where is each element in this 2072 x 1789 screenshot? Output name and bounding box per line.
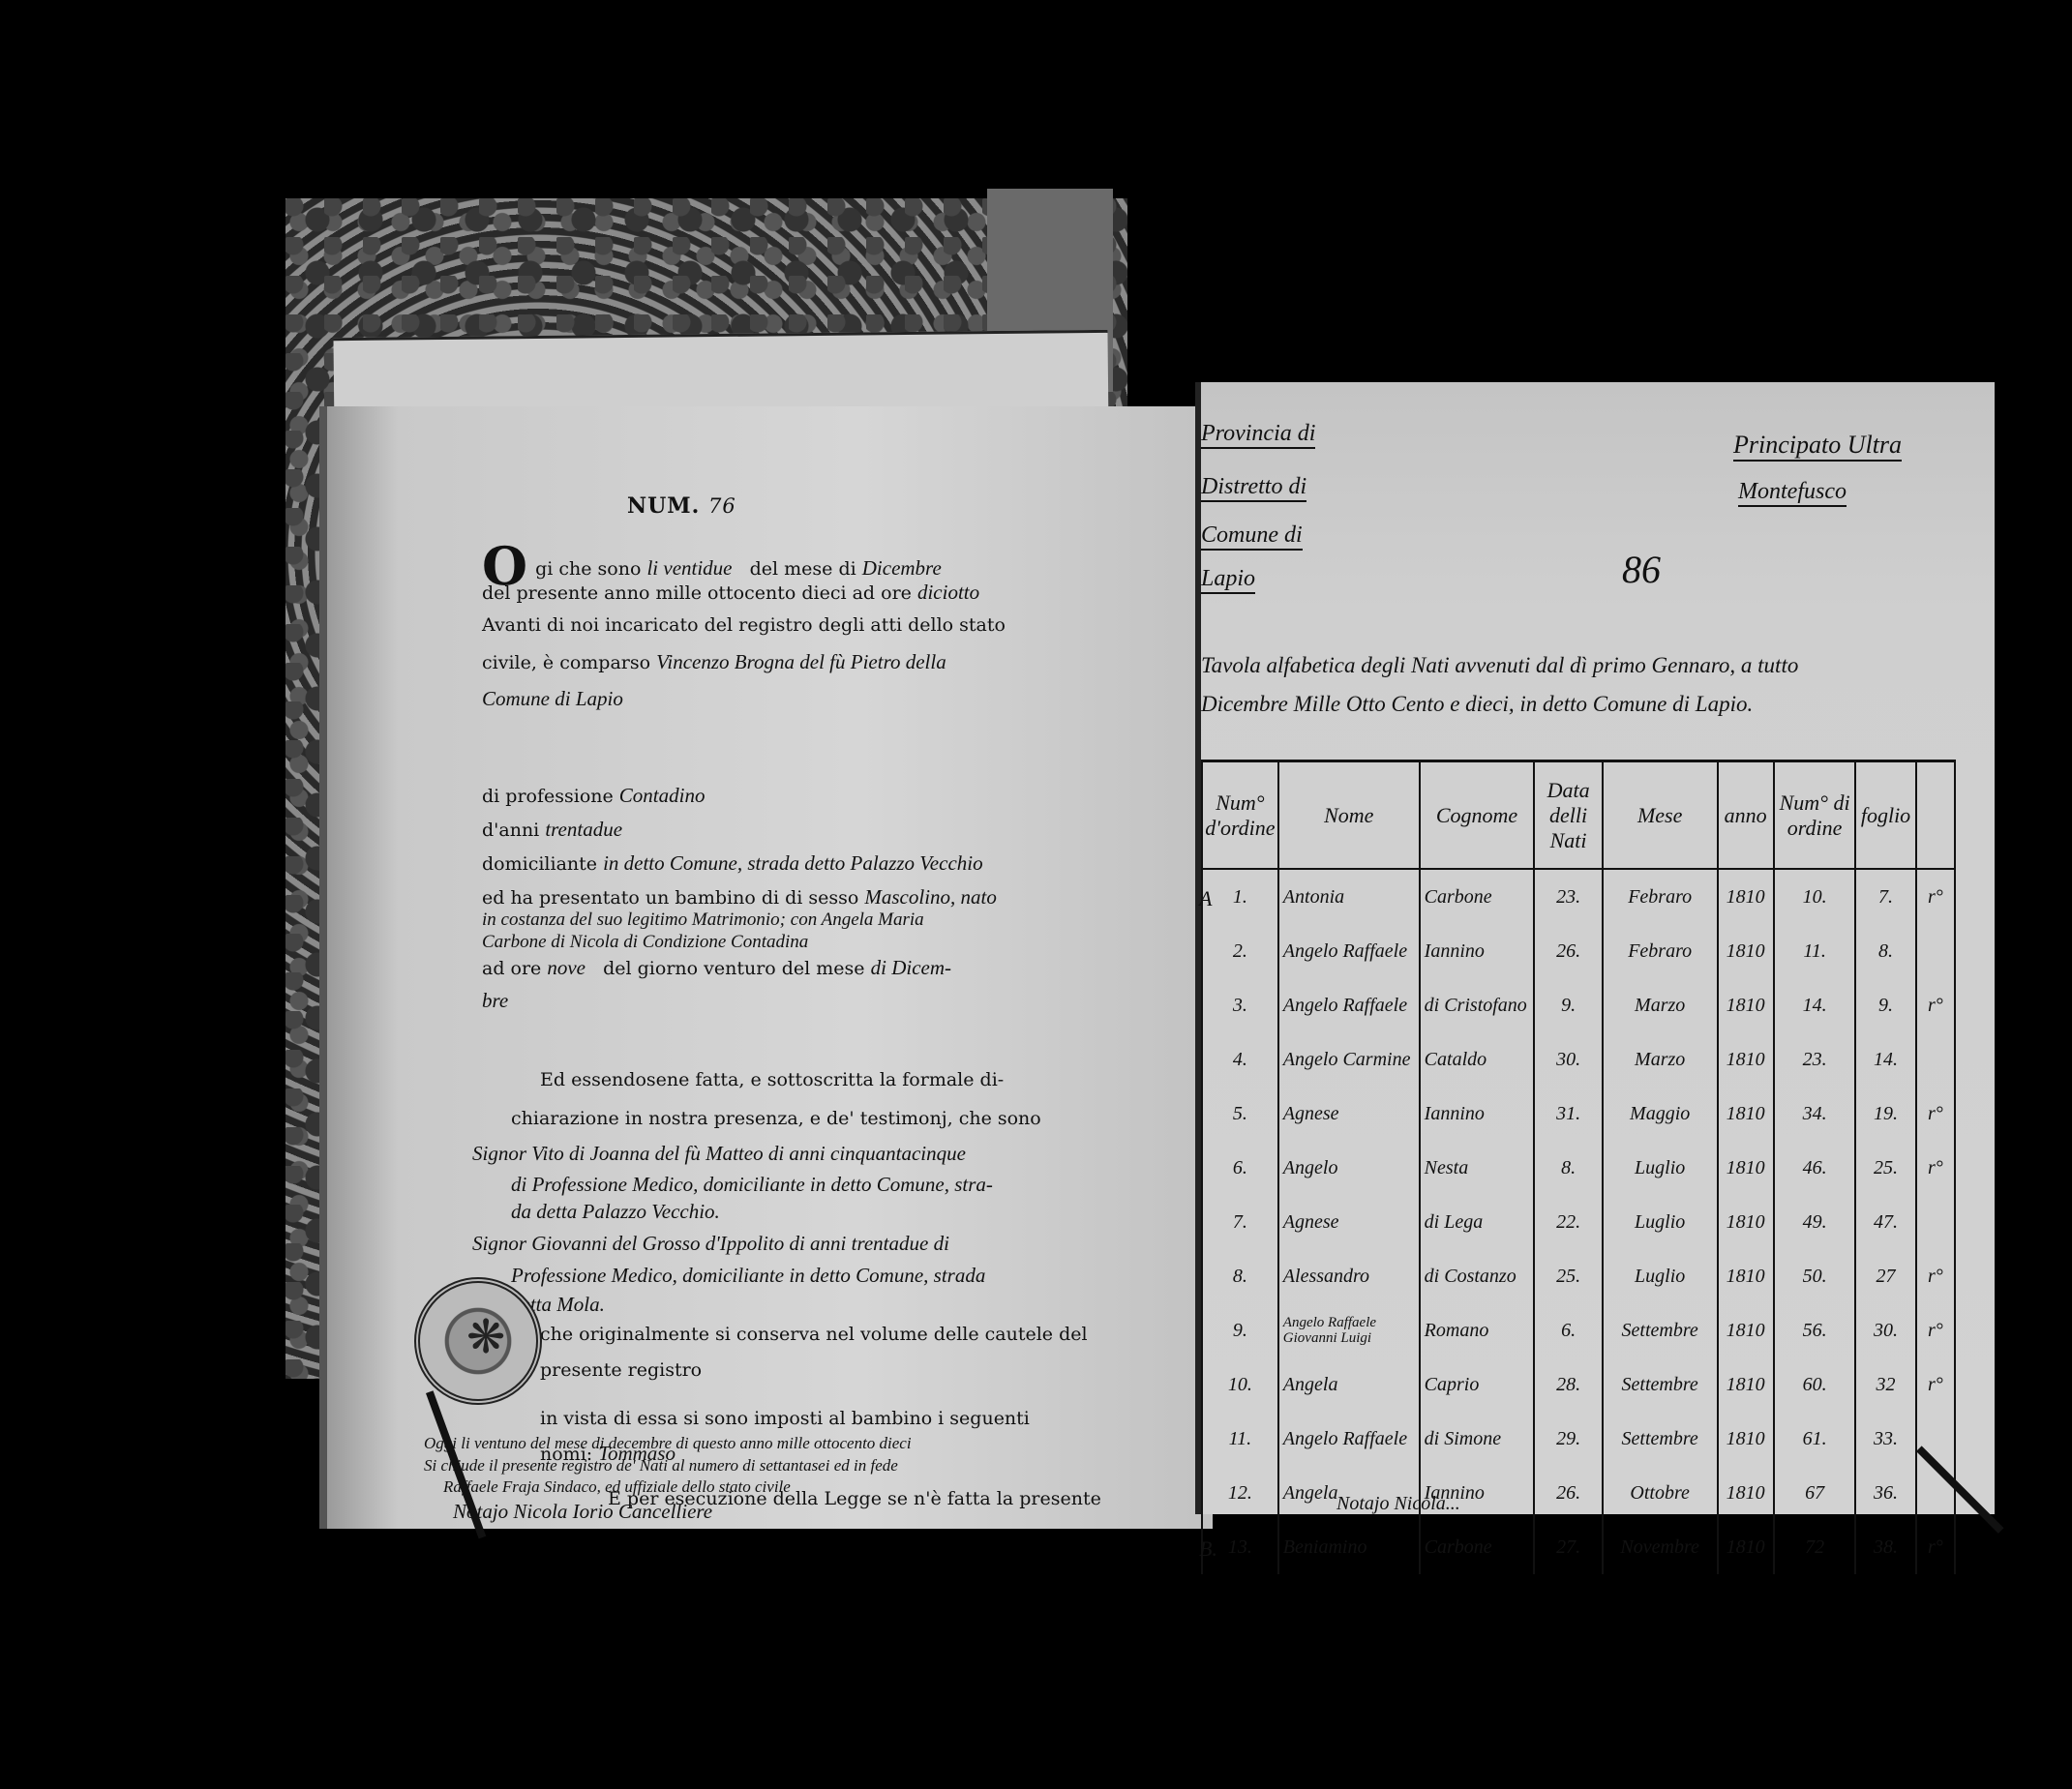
- record-number: NUM. 76: [627, 493, 736, 519]
- row-mese: Marzo: [1603, 1032, 1718, 1087]
- row-foglio: 7.: [1855, 869, 1915, 924]
- record-line-2: del presente anno mille ottocento dieci …: [482, 581, 979, 605]
- row-foglio: 33.: [1855, 1412, 1915, 1466]
- row-nome: Angela: [1278, 1357, 1420, 1412]
- row-anno: 1810: [1718, 1249, 1774, 1303]
- row-side: r°: [1916, 869, 1955, 924]
- printed-text: gi che sono: [535, 558, 641, 580]
- closing-note-1: Oggi li ventuno del mese di decembre di …: [424, 1434, 912, 1453]
- printed-text: in vista di essa si sono imposti al bamb…: [540, 1408, 1030, 1429]
- row-ordine: 11.: [1774, 924, 1856, 978]
- row-num: 13.B.: [1202, 1520, 1278, 1574]
- row-num: 3.: [1202, 978, 1278, 1032]
- row-data: 26.: [1534, 924, 1602, 978]
- record-line-register: presente registro: [540, 1359, 702, 1381]
- row-num: 4.: [1202, 1032, 1278, 1087]
- row-anno: 1810: [1718, 1412, 1774, 1466]
- row-side: r°: [1916, 1357, 1955, 1412]
- handwritten-closing: Si chiude il presente registro de' Nati …: [424, 1456, 898, 1475]
- row-foglio: 38.: [1855, 1520, 1915, 1574]
- row-data: 6.: [1534, 1303, 1602, 1357]
- printed-text: domiciliante: [482, 853, 597, 875]
- record-line-5: Comune di Lapio: [482, 687, 623, 711]
- table-row: 4.Angelo CarmineCataldo30.Marzo181023.14…: [1202, 1032, 1955, 1087]
- closing-note-3: Raffaele Fraja Sindaco, ed uffiziale del…: [443, 1477, 791, 1497]
- handwritten-declarant: Vincenzo Brogna del fù Pietro della: [656, 650, 946, 673]
- handwritten-day: li ventidue: [646, 556, 732, 580]
- row-num: 11.: [1202, 1412, 1278, 1466]
- witness-1-line-2: di Professione Medico, domiciliante in d…: [511, 1173, 993, 1197]
- row-ordine: 72: [1774, 1520, 1856, 1574]
- row-nome: Angelo Raffaele: [1278, 978, 1420, 1032]
- row-cognome: Iannino: [1420, 924, 1535, 978]
- notary-footer: Notajo Nicola...: [1336, 1493, 1460, 1515]
- handwritten-hour: nove: [547, 956, 586, 979]
- row-anno: 1810: [1718, 1195, 1774, 1249]
- row-anno: 1810: [1718, 1520, 1774, 1574]
- row-data: 22.: [1534, 1195, 1602, 1249]
- closing-note-4: Notajo Nicola Iorio Cancelliere: [453, 1500, 712, 1524]
- row-data: 28.: [1534, 1357, 1602, 1412]
- row-nome: Angelo Raffaele Giovanni Luigi: [1278, 1303, 1420, 1357]
- row-side: r°: [1916, 1249, 1955, 1303]
- row-nome: Angelo Carmine: [1278, 1032, 1420, 1087]
- table-row: 12.AngelaIannino26.Ottobre18106736.: [1202, 1466, 1955, 1520]
- row-ordine: 10.: [1774, 869, 1856, 924]
- row-cognome: Romano: [1420, 1303, 1535, 1357]
- row-foglio: 14.: [1855, 1032, 1915, 1087]
- col-header-cognome: Cognome: [1420, 761, 1535, 870]
- record-line-birth-hour: ad ore nove del giorno venturo del mese …: [482, 956, 951, 980]
- handwritten-signature: Notajo Nicola Iorio Cancelliere: [453, 1500, 712, 1523]
- col-header-ordine: Num° di ordine: [1774, 761, 1856, 870]
- row-side: r°: [1916, 1141, 1955, 1195]
- row-cognome: di Lega: [1420, 1195, 1535, 1249]
- col-header-nome: Nome: [1278, 761, 1420, 870]
- handwritten-closing: Oggi li ventuno del mese di decembre di …: [424, 1434, 912, 1452]
- row-num: 9.: [1202, 1303, 1278, 1357]
- printed-text: Ed essendosene fatta, e sottoscritta la …: [540, 1069, 1004, 1090]
- col-header-anno: anno: [1718, 761, 1774, 870]
- row-foglio: 36.: [1855, 1466, 1915, 1520]
- row-ordine: 14.: [1774, 978, 1856, 1032]
- row-ordine: 49.: [1774, 1195, 1856, 1249]
- row-mese: Luglio: [1603, 1195, 1718, 1249]
- row-side: r°: [1916, 1087, 1955, 1141]
- eagle-seal-icon: ❋: [466, 1310, 505, 1364]
- printed-text: civile, è comparso: [482, 652, 650, 673]
- row-cognome: Iannino: [1420, 1087, 1535, 1141]
- row-mese: Settembre: [1603, 1357, 1718, 1412]
- row-cognome: di Cristofano: [1420, 978, 1535, 1032]
- row-foglio: 30.: [1855, 1303, 1915, 1357]
- row-data: 9.: [1534, 978, 1602, 1032]
- handwritten-witness: di Professione Medico, domiciliante in d…: [511, 1173, 993, 1196]
- row-ordine: 46.: [1774, 1141, 1856, 1195]
- row-ordine: 61.: [1774, 1412, 1856, 1466]
- row-foglio: 27: [1855, 1249, 1915, 1303]
- table-row: 2.Angelo RaffaeleIannino26.Febraro181011…: [1202, 924, 1955, 978]
- handwritten-month: Dicembre: [862, 556, 942, 580]
- table-row: 5.AgneseIannino31.Maggio181034.19.r°: [1202, 1087, 1955, 1141]
- handwritten-witness: da detta Palazzo Vecchio.: [511, 1200, 720, 1223]
- alphabet-section-letter: A: [1199, 886, 1212, 911]
- row-foglio: 19.: [1855, 1087, 1915, 1141]
- row-foglio: 9.: [1855, 978, 1915, 1032]
- row-nome: Beniamino: [1278, 1520, 1420, 1574]
- witness-2-line-1: Signor Giovanni del Grosso d'Ippolito di…: [472, 1232, 949, 1256]
- record-line-mother: Carbone di Nicola di Condizione Contadin…: [482, 931, 808, 953]
- handwritten-witness: Signor Giovanni del Grosso d'Ippolito di…: [472, 1232, 949, 1255]
- record-line-3: Avanti di noi incaricato del registro de…: [482, 614, 1006, 636]
- handwritten-month: di Dicem-: [871, 956, 951, 979]
- handwritten-domicile: in detto Comune, strada detto Palazzo Ve…: [603, 851, 983, 875]
- row-foglio: 25.: [1855, 1141, 1915, 1195]
- table-row: 8.Alessandrodi Costanzo25.Luglio181050.2…: [1202, 1249, 1955, 1303]
- row-ordine: 23.: [1774, 1032, 1856, 1087]
- row-mese: Settembre: [1603, 1303, 1718, 1357]
- row-anno: 1810: [1718, 1303, 1774, 1357]
- row-side: r°: [1916, 1520, 1955, 1574]
- row-data: 29.: [1534, 1412, 1602, 1466]
- handwritten-marriage: in costanza del suo legitimo Matrimonio;…: [482, 909, 924, 930]
- handwritten-witness: Professione Medico, domiciliante in dett…: [511, 1264, 985, 1287]
- witness-2-line-2: Professione Medico, domiciliante in dett…: [511, 1264, 985, 1288]
- handwritten-hour: diciotto: [917, 581, 979, 604]
- row-side: r°: [1916, 978, 1955, 1032]
- row-anno: 1810: [1718, 1357, 1774, 1412]
- row-data: 27.: [1534, 1520, 1602, 1574]
- row-anno: 1810: [1718, 869, 1774, 924]
- row-num: 6.: [1202, 1141, 1278, 1195]
- row-cognome: Cataldo: [1420, 1032, 1535, 1087]
- handwritten-witness: Signor Vito di Joanna del fù Matteo di a…: [472, 1142, 966, 1165]
- row-data: 23.: [1534, 869, 1602, 924]
- row-mese: Ottobre: [1603, 1466, 1718, 1520]
- record-line-names: in vista di essa si sono imposti al bamb…: [540, 1408, 1030, 1429]
- row-anno: 1810: [1718, 924, 1774, 978]
- printed-text: che originalmente si conserva nel volume…: [540, 1324, 1088, 1345]
- record-line-marriage: in costanza del suo legitimo Matrimonio;…: [482, 909, 924, 931]
- table-row: 11.Angelo Raffaeledi Simone29.Settembre1…: [1202, 1412, 1955, 1466]
- record-line-age: d'anni trentadue: [482, 818, 622, 842]
- births-index-table: Num° d'ordine Nome Cognome Data delli Na…: [1201, 760, 1956, 1574]
- closing-note-2: Si chiude il presente registro de' Nati …: [424, 1456, 898, 1476]
- record-line-month-end: bre: [482, 989, 508, 1013]
- left-page-birth-record: NUM. 76 O gi che sono li ventidue del me…: [319, 406, 1213, 1529]
- provincia-value: Principato Ultra: [1733, 431, 1902, 462]
- row-ordine: 56.: [1774, 1303, 1856, 1357]
- record-number-value: 76: [708, 494, 736, 518]
- alphabet-section-letter: B.: [1199, 1536, 1217, 1562]
- record-line-profession: di professione Contadino: [482, 784, 705, 808]
- row-num: 10.: [1202, 1357, 1278, 1412]
- record-line-child: ed ha presentato un bambino di di sesso …: [482, 885, 997, 909]
- row-nome: Agnese: [1278, 1087, 1420, 1141]
- row-foglio: 47.: [1855, 1195, 1915, 1249]
- comune-value: Lapio: [1201, 566, 1255, 594]
- printed-text: del presente anno mille ottocento dieci …: [482, 582, 912, 604]
- row-nome: Alessandro: [1278, 1249, 1420, 1303]
- record-line-4: civile, è comparso Vincenzo Brogna del f…: [482, 650, 946, 674]
- handwritten-sex: Mascolino, nato: [864, 885, 997, 909]
- record-line-declaration-2: chiarazione in nostra presenza, e de' te…: [511, 1108, 1041, 1129]
- printed-text: ed ha presentato un bambino di di sesso: [482, 887, 858, 909]
- row-cognome: Caprio: [1420, 1357, 1535, 1412]
- printed-text: del giorno venturo del mese: [603, 958, 864, 979]
- record-line-original: che originalmente si conserva nel volume…: [540, 1324, 1088, 1345]
- row-ordine: 67: [1774, 1466, 1856, 1520]
- row-data: 30.: [1534, 1032, 1602, 1087]
- row-anno: 1810: [1718, 1466, 1774, 1520]
- table-row: 1.AAntoniaCarbone23.Febraro181010.7.r°: [1202, 869, 1955, 924]
- handwritten-profession: Contadino: [619, 784, 706, 807]
- row-nome: Angelo: [1278, 1141, 1420, 1195]
- record-line-domicile: domiciliante in detto Comune, strada det…: [482, 851, 983, 876]
- row-mese: Febraro: [1603, 924, 1718, 978]
- row-data: 8.: [1534, 1141, 1602, 1195]
- row-side: [1916, 1032, 1955, 1087]
- table-header-row: Num° d'ordine Nome Cognome Data delli Na…: [1202, 761, 1955, 870]
- printed-text: di professione: [482, 786, 614, 807]
- row-foglio: 32: [1855, 1357, 1915, 1412]
- official-seal: ❋: [414, 1277, 542, 1405]
- right-page-index-table: Provincia di Principato Ultra Distretto …: [1195, 382, 1995, 1514]
- table-row: 3.Angelo Raffaeledi Cristofano9.Marzo181…: [1202, 978, 1955, 1032]
- handwritten-comune: Comune di Lapio: [482, 687, 623, 710]
- row-anno: 1810: [1718, 1032, 1774, 1087]
- row-cognome: Carbone: [1420, 869, 1535, 924]
- row-num: 5.: [1202, 1087, 1278, 1141]
- record-number-label: NUM.: [627, 493, 700, 519]
- comune-label: Comune di: [1201, 522, 1303, 551]
- col-header-data: Data delli Nati: [1534, 761, 1602, 870]
- col-header-num: Num° d'ordine: [1202, 761, 1278, 870]
- handwritten-age: trentadue: [545, 818, 622, 841]
- printed-text: del mese di: [750, 558, 856, 580]
- table-row: 7.Agnesedi Lega22.Luglio181049.47.: [1202, 1195, 1955, 1249]
- row-data: 26.: [1534, 1466, 1602, 1520]
- row-nome: Antonia: [1278, 869, 1420, 924]
- row-side: [1916, 924, 1955, 978]
- handwritten-closing: Raffaele Fraja Sindaco, ed uffiziale del…: [443, 1477, 791, 1496]
- printed-text: chiarazione in nostra presenza, e de' te…: [511, 1108, 1041, 1129]
- row-num: 8.: [1202, 1249, 1278, 1303]
- row-nome: Angelo Raffaele: [1278, 924, 1420, 978]
- row-anno: 1810: [1718, 1087, 1774, 1141]
- table-title-line-2: Dicembre Mille Otto Cento e dieci, in de…: [1201, 692, 1753, 717]
- row-num: 7.: [1202, 1195, 1278, 1249]
- row-mese: Luglio: [1603, 1141, 1718, 1195]
- row-mese: Luglio: [1603, 1249, 1718, 1303]
- printed-text: presente registro: [540, 1359, 702, 1381]
- page-number: 86: [1622, 547, 1661, 592]
- table-title-line-1: Tavola alfabetica degli Nati avvenuti da…: [1201, 653, 1798, 678]
- row-cognome: Nesta: [1420, 1141, 1535, 1195]
- table-row: 9.Angelo Raffaele Giovanni LuigiRomano6.…: [1202, 1303, 1955, 1357]
- distretto-label: Distretto di: [1201, 474, 1306, 502]
- row-ordine: 60.: [1774, 1357, 1856, 1412]
- left-page-content: NUM. 76 O gi che sono li ventidue del me…: [385, 426, 1193, 1500]
- row-mese: Maggio: [1603, 1087, 1718, 1141]
- handwritten-text: bre: [482, 989, 508, 1012]
- row-ordine: 34.: [1774, 1087, 1856, 1141]
- col-header-foglio: foglio: [1855, 761, 1915, 870]
- row-nome: Angelo Raffaele: [1278, 1412, 1420, 1466]
- row-anno: 1810: [1718, 1141, 1774, 1195]
- row-side: r°: [1916, 1303, 1955, 1357]
- printed-text: d'anni: [482, 820, 539, 841]
- row-side: [1916, 1195, 1955, 1249]
- col-header-mese: Mese: [1603, 761, 1718, 870]
- table-row: 6.AngeloNesta8.Luglio181046.25.r°: [1202, 1141, 1955, 1195]
- col-header-side: [1916, 761, 1955, 870]
- printed-text: ad ore: [482, 958, 541, 979]
- row-num: 12.: [1202, 1466, 1278, 1520]
- handwritten-mother: Carbone di Nicola di Condizione Contadin…: [482, 932, 808, 952]
- record-line-declaration-1: Ed essendosene fatta, e sottoscritta la …: [540, 1069, 1004, 1090]
- row-anno: 1810: [1718, 978, 1774, 1032]
- row-cognome: Carbone: [1420, 1520, 1535, 1574]
- witness-1-line-1: Signor Vito di Joanna del fù Matteo di a…: [472, 1142, 966, 1166]
- row-nome: Agnese: [1278, 1195, 1420, 1249]
- row-ordine: 50.: [1774, 1249, 1856, 1303]
- printed-text: Avanti di noi incaricato del registro de…: [482, 614, 1006, 636]
- provincia-label: Provincia di: [1201, 421, 1315, 449]
- row-num: 1.A: [1202, 869, 1278, 924]
- table-row: 13.B.BeniaminoCarbone27.Novembre18107238…: [1202, 1520, 1955, 1574]
- row-foglio: 8.: [1855, 924, 1915, 978]
- row-mese: Novembre: [1603, 1520, 1718, 1574]
- row-data: 25.: [1534, 1249, 1602, 1303]
- row-mese: Settembre: [1603, 1412, 1718, 1466]
- row-cognome: di Simone: [1420, 1412, 1535, 1466]
- row-cognome: di Costanzo: [1420, 1249, 1535, 1303]
- row-mese: Marzo: [1603, 978, 1718, 1032]
- witness-1-line-3: da detta Palazzo Vecchio.: [511, 1200, 720, 1224]
- row-mese: Febraro: [1603, 869, 1718, 924]
- table-body: 1.AAntoniaCarbone23.Febraro181010.7.r°2.…: [1202, 869, 1955, 1574]
- distretto-value: Montefusco: [1738, 479, 1847, 507]
- row-num: 2.: [1202, 924, 1278, 978]
- row-data: 31.: [1534, 1087, 1602, 1141]
- table-row: 10.AngelaCaprio28.Settembre181060.32r°: [1202, 1357, 1955, 1412]
